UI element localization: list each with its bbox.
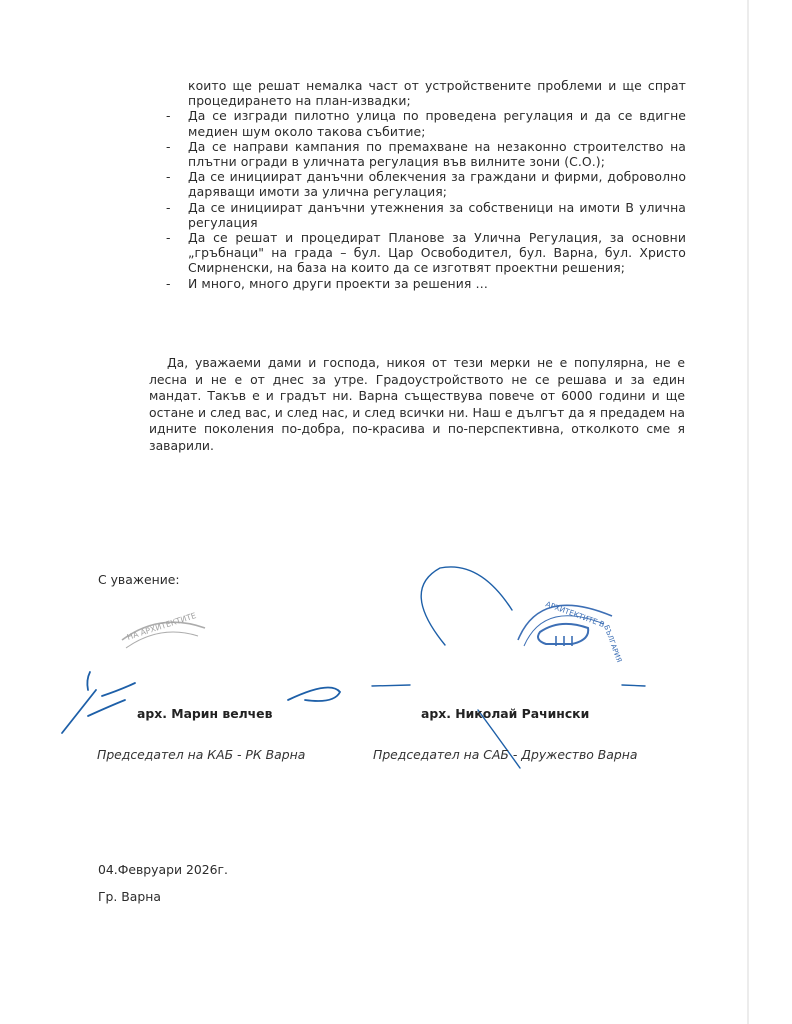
list-item-text: Да се инициират данъчни утежнения за соб… xyxy=(188,200,686,230)
list-item: -Да се направи кампания по премахване на… xyxy=(166,139,686,169)
list-item-text: Да се решат и процедират Планове за Улич… xyxy=(188,230,686,275)
page-edge xyxy=(747,0,749,1024)
signature-left-icon xyxy=(62,672,340,733)
proposal-list: които ще решат немалка част от устройств… xyxy=(166,78,686,291)
signatory-name: арх. Марин велчев xyxy=(137,706,272,721)
closing-paragraph: Да, уважаеми дами и господа, никоя от те… xyxy=(149,355,685,455)
salutation: С уважение: xyxy=(98,572,180,587)
list-item-text: И много, много други проекти за решения … xyxy=(188,276,488,291)
stamp-left-icon: НА АРХИТЕКТИТЕ xyxy=(122,611,205,648)
signatory-title: Председател на КАБ - РК Варна xyxy=(97,747,305,762)
list-item-text: Да се изгради пилотно улица по проведена… xyxy=(188,108,686,138)
document-date: 04.Февруари 2026г. xyxy=(98,862,228,877)
svg-text:АРХИТЕКТИТЕ В: АРХИТЕКТИТЕ В xyxy=(544,599,605,629)
document-city: Гр. Варна xyxy=(98,889,161,904)
list-item: -Да се изгради пилотно улица по проведен… xyxy=(166,108,686,138)
svg-text:НА АРХИТЕКТИТЕ: НА АРХИТЕКТИТЕ xyxy=(126,611,197,642)
bullet-dash: - xyxy=(166,200,171,215)
svg-text:БЪЛГАРИЯ: БЪЛГАРИЯ xyxy=(602,624,623,664)
list-item-text: Да се инициират данъчни облекчения за гр… xyxy=(188,169,686,199)
list-item: -Да се инициират данъчни утежнения за со… xyxy=(166,200,686,230)
signatory-title: Председател на САБ - Дружество Варна xyxy=(373,747,637,762)
signature-right-icon xyxy=(372,567,645,768)
bullet-dash: - xyxy=(166,230,171,245)
list-item: които ще решат немалка част от устройств… xyxy=(166,78,686,108)
list-item-text: които ще решат немалка част от устройств… xyxy=(188,78,686,108)
list-item: -И много, много други проекти за решения… xyxy=(166,276,686,291)
list-item: -Да се инициират данъчни облекчения за г… xyxy=(166,169,686,199)
list-item-text: Да се направи кампания по премахване на … xyxy=(188,139,686,169)
bullet-dash: - xyxy=(166,169,171,184)
stamp-right-icon: АРХИТЕКТИТЕ В БЪЛГАРИЯ xyxy=(518,599,623,663)
signatory-name: арх. Николай Рачински xyxy=(421,706,589,721)
bullet-dash: - xyxy=(166,139,171,154)
list-item: -Да се решат и процедират Планове за Ули… xyxy=(166,230,686,276)
bullet-dash: - xyxy=(166,108,171,123)
bullet-dash: - xyxy=(166,276,171,291)
